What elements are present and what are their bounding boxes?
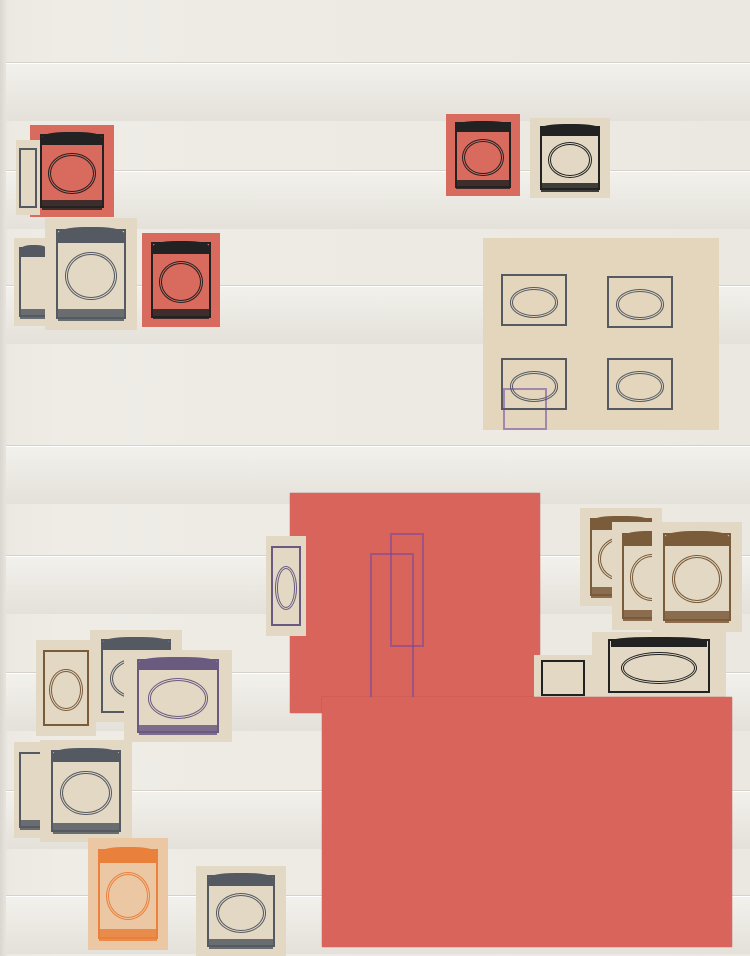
stamp-10c-brown[interactable] [652,522,742,632]
stock-strip [6,62,750,121]
stamp-10c-brown-partial[interactable] [36,640,96,736]
red-sheet-block-of-six[interactable] [290,493,540,713]
stamp-2c-buff-186[interactable] [530,118,610,198]
stamp-violet[interactable] [266,536,306,636]
stamp-partial[interactable] [16,140,40,215]
stamp-20c-grey[interactable] [196,866,286,956]
stamp-1c-un-centavo[interactable] [45,218,137,330]
stamp-violet-centavo[interactable] [124,650,232,742]
album-page [0,0,750,956]
stamp-partial[interactable] [534,655,592,700]
stamp-5c-orange[interactable] [88,838,168,950]
stamp-2c-red-single[interactable] [142,233,220,327]
red-sheet-block-of-ten[interactable] [322,697,732,947]
stamp-10c-grey[interactable] [40,740,132,842]
stamp-2c-red[interactable] [30,125,114,217]
stamp-black-pair[interactable] [592,632,726,700]
stamp-2c-red-185[interactable] [446,114,520,196]
stamp-block-of-four[interactable] [483,238,719,430]
